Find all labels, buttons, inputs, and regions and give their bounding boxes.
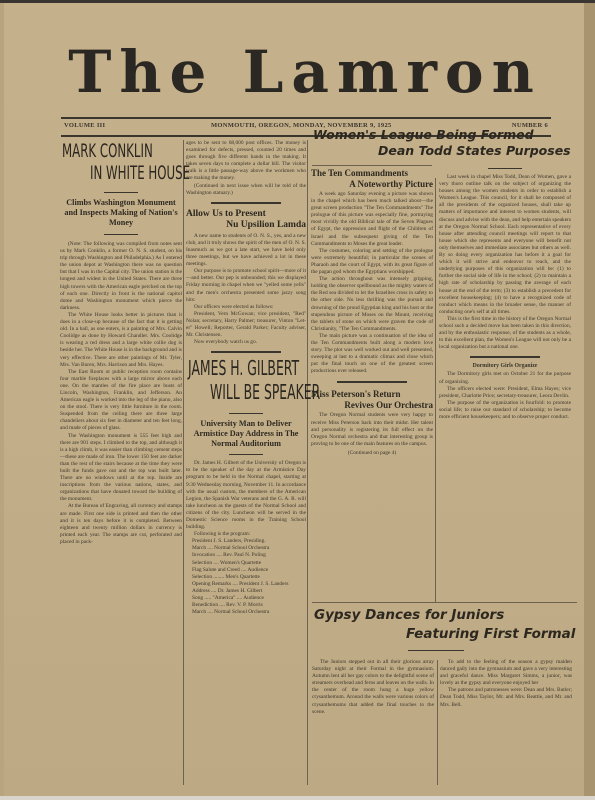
program-item: Benediction .... Rev. V. P. Morris	[186, 602, 306, 609]
divider	[488, 168, 522, 169]
dormitory-paragraph: The Dormitory girls met on October 21 fo…	[439, 371, 571, 385]
column-divider-1	[183, 140, 184, 785]
nu-upsilon-headline-line2: Nu Upsilion Lamda	[186, 220, 306, 231]
divider	[229, 413, 263, 414]
column-divider-2	[307, 140, 308, 785]
conklin-subhead: Climbs Washington Monument and Inspects …	[60, 198, 182, 228]
conklin-continuation: ages to be sent to 68,000 post offices. …	[186, 140, 306, 183]
womens-league-paragraph: Last week in chapel Miss Todd, Dean of W…	[439, 174, 571, 316]
program-item: Selection .... Women's Quartette	[186, 560, 306, 567]
ten-commandments-headline-line2: A Noteworthy Picture	[311, 179, 433, 190]
column-divider-3	[435, 178, 436, 603]
ornament-divider	[337, 381, 407, 383]
program-item: President J. S. Landers, Presiding.	[186, 538, 306, 545]
gilbert-headline-line1: JAMES H. GILBERT	[188, 358, 299, 379]
gilbert-paragraph: Following is the program:	[186, 531, 306, 538]
program-item: Invocation .... Rev. Paul N. Poling	[186, 552, 306, 559]
dormitory-paragraph: The officers elected were: President, El…	[439, 386, 571, 400]
ten-commandments-paragraph: A week ago Saturday evening a picture wa…	[311, 191, 433, 248]
volume-label: VOLUME III	[64, 122, 105, 129]
program-item: March .... Normal School Orchestra	[186, 609, 306, 616]
peterson-headline-line1: Miss Peterson's Return	[311, 389, 433, 400]
gypsy-headline-line1: Gypsy Dances for Juniors	[314, 607, 504, 623]
conklin-headline: MARK CONKLIN IN WHITE HOUSE	[60, 141, 182, 187]
gilbert-paragraph: Dr. James H. Gilbert of the University o…	[186, 460, 306, 531]
conklin-headline-line1: MARK CONKLIN	[62, 141, 153, 162]
nu-upsilon-paragraph: President, Vern McGowan; vice president,…	[186, 311, 306, 339]
gypsy-headline-line2: Featuring First Formal	[406, 626, 575, 642]
ornament-divider	[211, 202, 281, 204]
program-item: Address .... Dr. James H. Gilbert	[186, 588, 306, 595]
gypsy-column-1: The Juniors stepped out in all their glo…	[312, 659, 434, 716]
gypsy-column-2: To add to the feeling of the season a gy…	[440, 659, 572, 709]
ten-commandments-paragraph: The main picture was a continuation of t…	[311, 333, 433, 376]
nu-upsilon-headline-line1: Allow Us to Present	[186, 209, 306, 220]
continued-on-page-4: (Continued on page 4)	[311, 450, 433, 457]
conklin-paragraph: The White House looks better in pictures…	[60, 312, 182, 369]
gilbert-subhead: University Man to Deliver Armistice Day …	[186, 419, 306, 449]
article-mark-conklin: MARK CONKLIN IN WHITE HOUSE Climbs Washi…	[60, 141, 182, 546]
womens-league-headline-line2: Dean Todd States Purposes	[378, 143, 571, 158]
gypsy-paragraph: The patrons and patronesses were: Dean a…	[440, 687, 572, 708]
divider	[104, 192, 138, 193]
divider	[104, 234, 138, 235]
scan-right-edge	[584, 3, 595, 800]
dormitory-headline: Dormitory Girls Organize	[439, 363, 571, 370]
conklin-paragraph: At the Bureau of Engraving, all currency…	[60, 503, 182, 546]
column-4: Last week in chapel Miss Todd, Dean of W…	[439, 168, 571, 421]
conklin-continued-note: (Continued in next issue when will be to…	[186, 183, 306, 197]
nu-upsilon-paragraph: A new name to students of O. N. S., yes,…	[186, 233, 306, 268]
program-item: Song ..... "America" .... Audience	[186, 595, 306, 602]
gilbert-headline: JAMES H. GILBERT WILL BE SPEAKER	[186, 358, 306, 408]
program-item: Flag Salute and Creed .... Audience	[186, 567, 306, 574]
gypsy-top-rule	[312, 602, 577, 603]
column-2: ages to be sent to 68,000 post offices. …	[186, 140, 306, 616]
divider	[229, 454, 263, 455]
masthead-rule-top	[61, 117, 551, 119]
nu-upsilon-paragraph: Our purpose is to promote school spirit—…	[186, 268, 306, 303]
ornament-divider	[470, 356, 540, 358]
womens-league-headline-line1: Women's League Being Formed	[313, 127, 534, 142]
gilbert-headline-line2: WILL BE SPEAKER	[210, 382, 320, 403]
conklin-paragraph: (Note: The following was compiled from n…	[60, 241, 182, 312]
peterson-headline-line2: Revives Our Orchestra	[311, 400, 433, 411]
masthead-title: The Lamron	[60, 38, 550, 106]
ten-commandments-top-rule	[312, 165, 432, 166]
conklin-paragraph: The East Room or public reception room c…	[60, 369, 182, 433]
ten-commandments-paragraph: The costumes, coloring and setting of th…	[311, 248, 433, 276]
gypsy-paragraph: The Juniors stepped out in all their glo…	[312, 659, 434, 716]
column-3: The Ten Commandments A Noteworthy Pictur…	[311, 168, 433, 457]
column-divider-4	[437, 660, 438, 785]
ornament-divider	[211, 351, 281, 353]
gypsy-paragraph: To add to the feeling of the season a gy…	[440, 659, 572, 687]
nu-upsilon-paragraph: Now everybody watch us go.	[186, 339, 306, 346]
peterson-paragraph: The Oregon Normal students were very hap…	[311, 412, 433, 447]
conklin-headline-line2: IN WHITE HOUSE	[90, 163, 190, 184]
scan-bottom-edge	[0, 796, 595, 800]
dormitory-paragraph: The purpose of the organization is fourf…	[439, 400, 571, 421]
conklin-paragraph: The Washington monument is 555 feet high…	[60, 433, 182, 504]
womens-league-paragraph: This is the first time in the history of…	[439, 316, 571, 351]
program-item: Opening Remarks .... President J. S. Lan…	[186, 581, 306, 588]
ten-commandments-paragraph: The action throughout was intensely grip…	[311, 276, 433, 333]
nu-upsilon-paragraph: Our officers were elected as follows:	[186, 304, 306, 311]
ten-commandments-headline-line1: The Ten Commandments	[311, 168, 433, 179]
program-item: Selection ........ Men's Quartette	[186, 574, 306, 581]
program-item: March .... Normal School Orchestra	[186, 545, 306, 552]
gypsy-headline-rule	[408, 650, 464, 651]
